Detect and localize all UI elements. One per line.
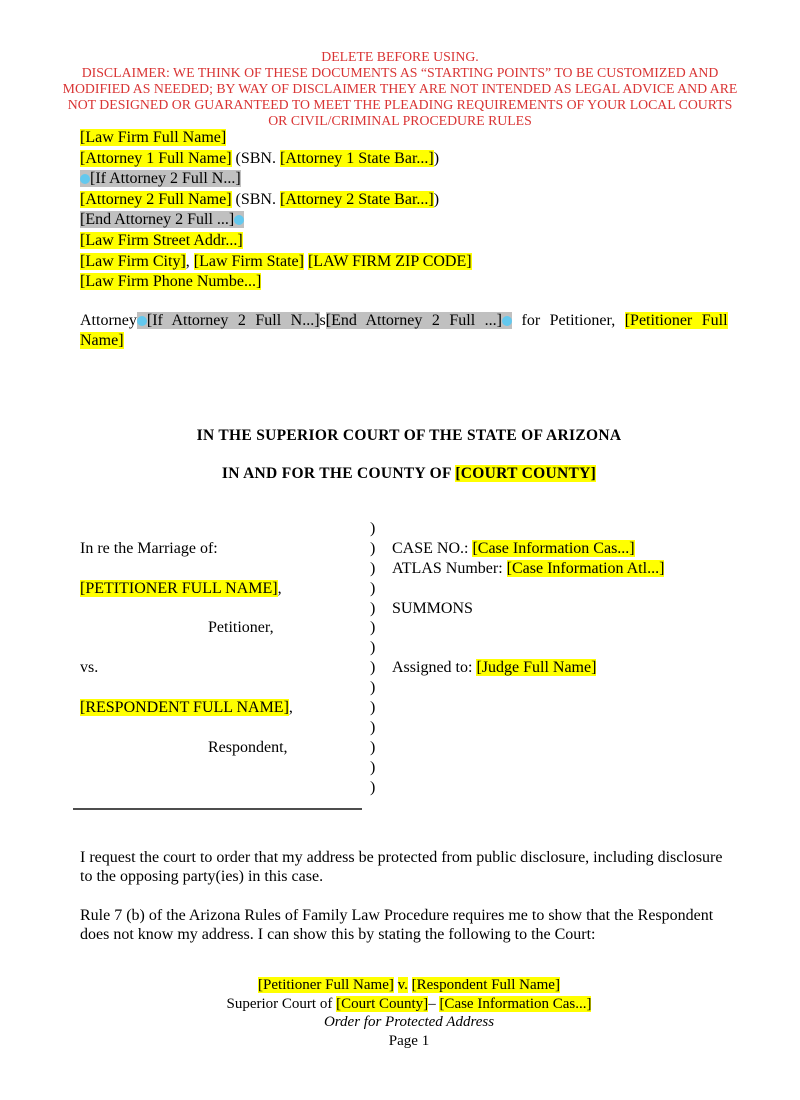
- judge-name-field[interactable]: [Judge Full Name]: [476, 659, 596, 676]
- firm-phone-line: [Law Firm Phone Numbe...]: [80, 272, 472, 293]
- caption-paren: ): [370, 599, 392, 619]
- end-attorney2-condition-field[interactable]: [End Attorney 2 Full ...]: [80, 211, 244, 228]
- attorney-for-petitioner-block: Attorney[If Attorney 2 Full N...]s[End A…: [80, 311, 728, 350]
- caption-paren: ): [370, 738, 392, 758]
- page-footer: [Petitioner Full Name] v. [Respondent Fu…: [80, 976, 738, 1050]
- footer-county-field[interactable]: [Court County]: [336, 996, 428, 1012]
- caption-row: Respondent,): [80, 738, 740, 758]
- caption-paren: ): [370, 678, 392, 698]
- caption-paren: ): [370, 718, 392, 738]
- atlas-number-field[interactable]: [Case Information Atl...]: [507, 560, 665, 577]
- attorney1-bar-field[interactable]: [Attorney 1 State Bar...]: [280, 150, 434, 167]
- condition-marker-icon[interactable]: [234, 215, 244, 225]
- caption-row: ): [80, 678, 740, 698]
- court-county-field[interactable]: [COURT COUNTY]: [455, 465, 596, 482]
- caption-paren: ): [370, 758, 392, 778]
- assigned-to-label: Assigned to:: [392, 659, 476, 676]
- firm-street-line: [Law Firm Street Addr...]: [80, 231, 472, 252]
- condition-marker-icon[interactable]: [137, 316, 147, 326]
- vs-label: vs.: [80, 658, 370, 678]
- end-attorney2-text: [End Attorney 2 Full ...]: [80, 211, 234, 228]
- law-firm-name-line: [Law Firm Full Name]: [80, 128, 472, 149]
- footer-court-prefix: Superior Court of: [227, 996, 337, 1012]
- petitioner-role-label: Petitioner,: [80, 618, 370, 638]
- caption-paren: ): [370, 778, 392, 798]
- if-attorney2-text: [If Attorney 2 Full N...]: [147, 312, 320, 329]
- footer-respondent-field[interactable]: [Respondent Full Name]: [412, 977, 560, 993]
- footer-petitioner-field[interactable]: [Petitioner Full Name]: [258, 977, 394, 993]
- caption-paren: ): [370, 638, 392, 658]
- end-attorney2-text: [End Attorney 2 Full ...]: [326, 312, 502, 329]
- caption-row: ): [80, 519, 740, 539]
- attorney2-sbn-label: (SBN.: [232, 191, 280, 208]
- court-heading-line2: IN AND FOR THE COUNTY OF [COURT COUNTY]: [80, 465, 738, 483]
- caption-row: )SUMMONS: [80, 599, 740, 619]
- caption-row: In re the Marriage of:)CASE NO.: [Case I…: [80, 539, 740, 559]
- case-no-label: CASE NO.:: [392, 540, 472, 557]
- petitioner-name-field[interactable]: [Petitioner Full: [625, 312, 728, 329]
- disclaimer-block: DELETE BEFORE USING. DISCLAIMER: WE THIN…: [58, 49, 742, 129]
- caption-paren: ): [370, 559, 392, 579]
- city-separator: ,: [186, 253, 194, 270]
- footer-parties-line: [Petitioner Full Name] v. [Respondent Fu…: [80, 976, 738, 995]
- firm-zip-field[interactable]: [LAW FIRM ZIP CODE]: [308, 253, 472, 270]
- if-attorney2-text: [If Attorney 2 Full N...]: [90, 170, 241, 187]
- atlas-number-label: ATLAS Number:: [392, 560, 507, 577]
- attorney-word: Attorney: [80, 312, 137, 329]
- caption-paren: ): [370, 698, 392, 718]
- law-firm-name-field[interactable]: [Law Firm Full Name]: [80, 129, 226, 146]
- for-petitioner-text: for Petitioner,: [512, 312, 625, 329]
- body-paragraph-2: Rule 7 (b) of the Arizona Rules of Famil…: [80, 906, 738, 945]
- attorney1-name-field[interactable]: [Attorney 1 Full Name]: [80, 150, 232, 167]
- firm-address-block: [Law Firm Full Name] [Attorney 1 Full Na…: [80, 128, 472, 293]
- firm-street-field[interactable]: [Law Firm Street Addr...]: [80, 232, 243, 249]
- attorney2-sbn-close: ): [434, 191, 439, 208]
- caption-respondent-name-field[interactable]: [RESPONDENT FULL NAME]: [80, 699, 289, 716]
- attorney-for-line2: Name]: [80, 331, 728, 351]
- caption-row: )ATLAS Number: [Case Information Atl...]: [80, 559, 740, 579]
- attorney2-bar-field[interactable]: [Attorney 2 State Bar...]: [280, 191, 434, 208]
- caption-paren: ): [370, 519, 392, 539]
- comma: ,: [278, 580, 282, 597]
- if-attorney2-line: [If Attorney 2 Full N...]: [80, 169, 472, 190]
- caption-row: Petitioner,): [80, 618, 740, 638]
- respondent-role-label: Respondent,: [80, 738, 370, 758]
- caption-signature-rule: [73, 808, 362, 810]
- caption-row: ): [80, 638, 740, 658]
- if-attorney2-condition-field[interactable]: [If Attorney 2 Full N...]: [137, 312, 320, 329]
- firm-phone-field[interactable]: [Law Firm Phone Numbe...]: [80, 273, 261, 290]
- attorney-for-line1: Attorney[If Attorney 2 Full N...]s[End A…: [80, 311, 728, 331]
- attorney1-sbn-label: (SBN.: [232, 150, 280, 167]
- caption-paren: ): [370, 539, 392, 559]
- end-attorney2-condition-field[interactable]: [End Attorney 2 Full ...]: [326, 312, 512, 329]
- caption-row: ): [80, 758, 740, 778]
- caption-paren: ): [370, 618, 392, 638]
- body-paragraph-1: I request the court to order that my add…: [80, 848, 738, 887]
- caption-row: [RESPONDENT FULL NAME],): [80, 698, 740, 718]
- footer-dash: –: [428, 996, 439, 1012]
- attorney2-line: [Attorney 2 Full Name] (SBN. [Attorney 2…: [80, 190, 472, 211]
- end-attorney2-line: [End Attorney 2 Full ...]: [80, 210, 472, 231]
- court-heading-line1: IN THE SUPERIOR COURT OF THE STATE OF AR…: [80, 427, 738, 445]
- footer-document-title: Order for Protected Address: [80, 1013, 738, 1032]
- footer-case-field[interactable]: [Case Information Cas...]: [439, 996, 591, 1012]
- firm-state-field[interactable]: [Law Firm State]: [194, 253, 304, 270]
- firm-city-field[interactable]: [Law Firm City]: [80, 253, 186, 270]
- caption-paren: ): [370, 658, 392, 678]
- footer-court-line: Superior Court of [Court County]– [Case …: [80, 995, 738, 1014]
- disclaimer-body: DISCLAIMER: WE THINK OF THESE DOCUMENTS …: [58, 65, 742, 129]
- footer-page-number: Page 1: [80, 1032, 738, 1051]
- case-no-field[interactable]: [Case Information Cas...]: [472, 540, 634, 557]
- attorney2-name-field[interactable]: [Attorney 2 Full Name]: [80, 191, 232, 208]
- caption-row: [PETITIONER FULL NAME],): [80, 579, 740, 599]
- petitioner-name-field-wrap[interactable]: Name]: [80, 332, 124, 349]
- attorney1-line: [Attorney 1 Full Name] (SBN. [Attorney 1…: [80, 149, 472, 170]
- condition-marker-icon[interactable]: [502, 316, 512, 326]
- in-re-marriage-label: In re the Marriage of:: [80, 539, 370, 559]
- county-heading-prefix: IN AND FOR THE COUNTY OF: [222, 465, 455, 482]
- document-page: DELETE BEFORE USING. DISCLAIMER: WE THIN…: [0, 0, 800, 1100]
- comma: ,: [289, 699, 293, 716]
- caption-row: vs.)Assigned to: [Judge Full Name]: [80, 658, 740, 678]
- attorney1-sbn-close: ): [434, 150, 439, 167]
- disclaimer-title: DELETE BEFORE USING.: [58, 49, 742, 65]
- caption-row: ): [80, 778, 740, 798]
- case-caption: ) In re the Marriage of:)CASE NO.: [Case…: [80, 519, 740, 797]
- summons-title: SUMMONS: [392, 599, 740, 619]
- if-attorney2-condition-field[interactable]: [If Attorney 2 Full N...]: [80, 170, 241, 187]
- condition-marker-icon[interactable]: [80, 174, 90, 184]
- caption-row: ): [80, 718, 740, 738]
- caption-paren: ): [370, 579, 392, 599]
- caption-petitioner-name-field[interactable]: [PETITIONER FULL NAME]: [80, 580, 278, 597]
- footer-versus: v.: [398, 977, 408, 993]
- firm-city-state-zip-line: [Law Firm City], [Law Firm State] [LAW F…: [80, 252, 472, 273]
